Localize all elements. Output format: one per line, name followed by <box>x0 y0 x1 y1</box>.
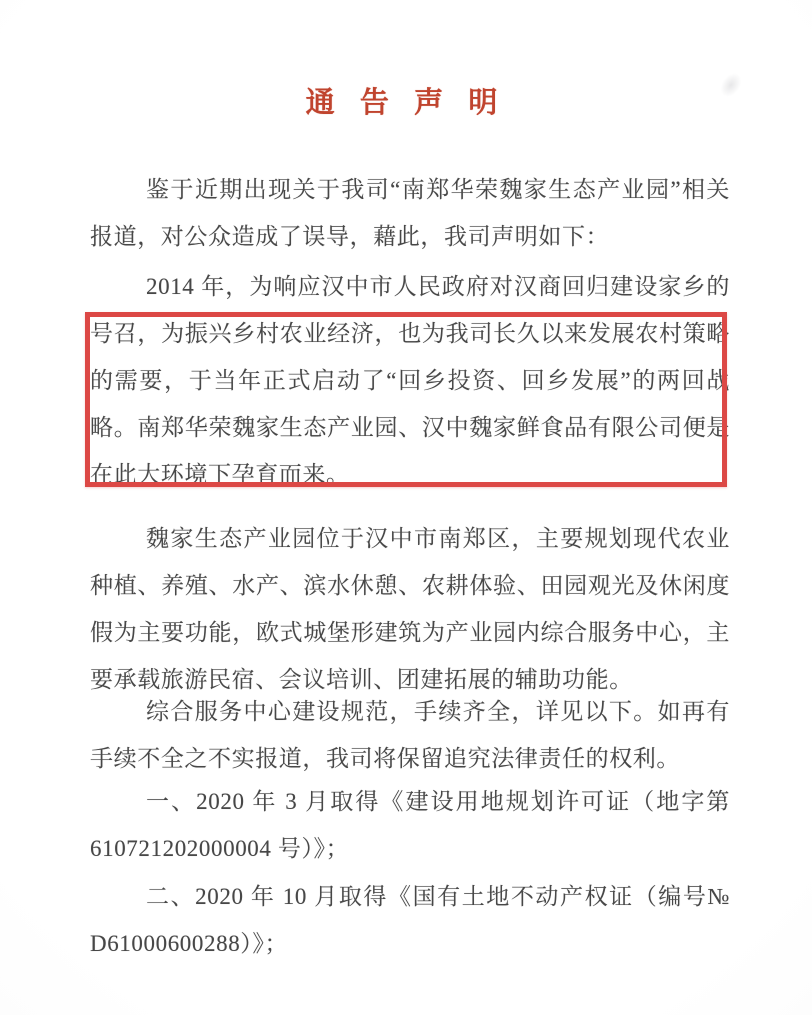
paragraph-legal-notice: 综合服务中心建设规范，手续齐全，详见以下。如再有手续不全之不实报道，我司将保留追… <box>90 688 730 782</box>
paragraph-permit-item-1: 一、2020 年 3 月取得《建设用地规划许可证（地字第 61072120200… <box>90 778 730 872</box>
document-title: 通 告 声 明 <box>0 80 812 121</box>
paragraph-park-description: 魏家生态产业园位于汉中市南郑区，主要规划现代农业种植、养殖、水产、滨水休憩、农耕… <box>90 515 730 703</box>
paragraph-background-2014: 2014 年，为响应汉中市人民政府对汉商回归建设家乡的号召，为振兴乡村农业经济，… <box>90 263 730 498</box>
paragraph-intro: 鉴于近期出现关于我司“南郑华荣魏家生态产业园”相关报道，对公众造成了误导，藉此，… <box>90 166 730 260</box>
scanned-document-page: 通 告 声 明 鉴于近期出现关于我司“南郑华荣魏家生态产业园”相关报道，对公众造… <box>0 0 812 1015</box>
paragraph-permit-item-2: 二、2020 年 10 月取得《国有土地不动产权证（编号№ D610006002… <box>90 873 730 967</box>
